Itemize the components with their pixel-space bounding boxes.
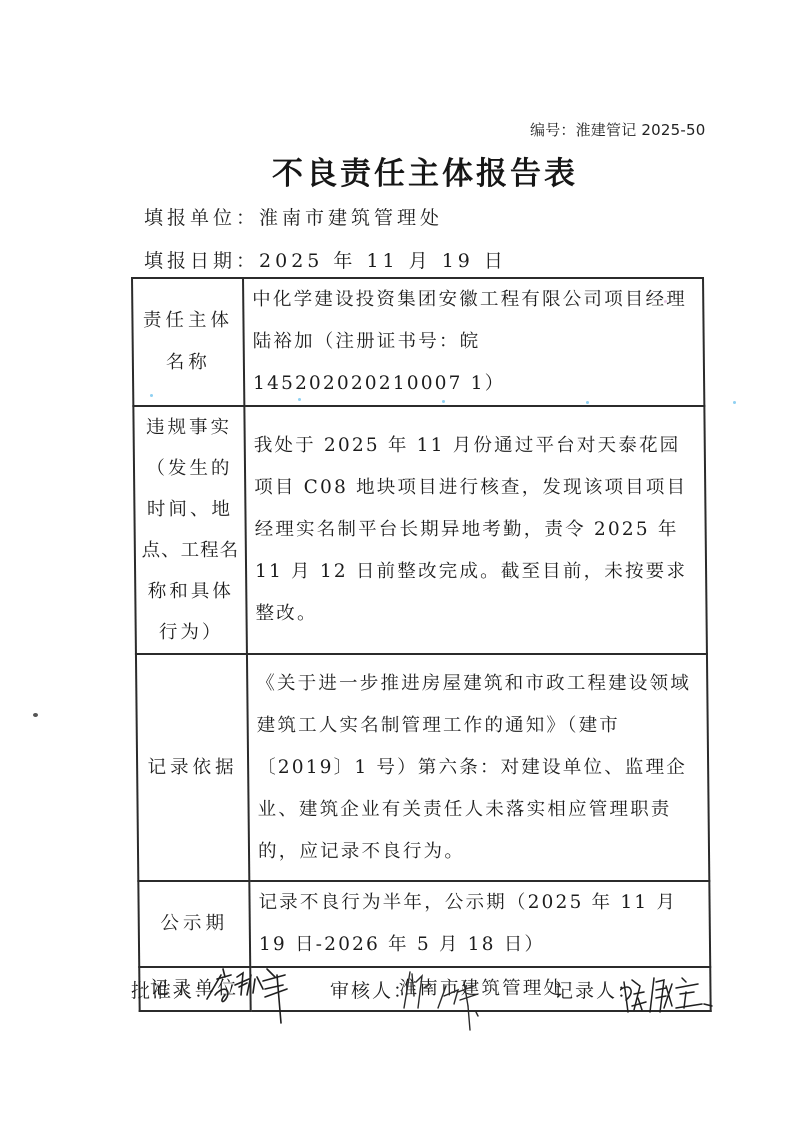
label-line: 名称	[134, 342, 243, 384]
label-line: 记录依据	[138, 747, 247, 789]
scan-speck	[664, 300, 667, 303]
document-title: 不良责任主体报告表	[0, 148, 793, 193]
label-line: 行为）	[137, 612, 246, 653]
scan-speck	[586, 401, 589, 404]
reporting-date-label: 填报日期：	[144, 250, 259, 272]
label-violation-facts: 违规事实 （发生的 时间、地 点、工程名 称和具体 行为）	[133, 406, 247, 654]
label-publicity-period: 公示期	[138, 881, 250, 967]
responsible-party-value: 中化学建设投资集团安徽工程有限公司项目经理陆裕加（注册证书号：皖 1452020…	[243, 278, 704, 406]
report-table: 责任主体 名称 中化学建设投资集团安徽工程有限公司项目经理陆裕加（注册证书号：皖…	[131, 277, 712, 1012]
approver-label: 批准人：	[131, 976, 215, 1003]
table-row-violation-facts: 违规事实 （发生的 时间、地 点、工程名 称和具体 行为） 我处于 2025 年…	[133, 406, 707, 654]
scan-speck	[298, 398, 301, 401]
label-line: 点、工程名	[136, 530, 245, 571]
document-number: 编号：淮建管记 2025-50	[530, 119, 705, 140]
label-line: 公示期	[140, 903, 249, 945]
approver-signature-icon	[205, 965, 300, 1025]
label-line: 责任主体	[133, 300, 242, 342]
record-basis-value: 《关于进一步推进房屋建筑和市政工程建设领域建筑工人实名制管理工作的通知》（建市〔…	[247, 654, 709, 881]
table-row-record-basis: 记录依据 《关于进一步推进房屋建筑和市政工程建设领域建筑工人实名制管理工作的通知…	[136, 654, 709, 881]
scan-speck	[150, 394, 153, 397]
reporting-date-value: 2025 年 11 月 19 日	[259, 250, 507, 272]
violation-facts-value: 我处于 2025 年 11 月份通过平台对天泰花园项目 C08 地块项目进行核查…	[244, 406, 707, 654]
label-record-basis: 记录依据	[136, 654, 249, 881]
reporting-date-line: 填报日期：2025 年 11 月 19 日	[144, 246, 507, 273]
scan-speck	[442, 400, 445, 403]
label-line: （发生的	[135, 448, 244, 489]
reviewer-signature-icon	[402, 968, 512, 1033]
label-line: 时间、地	[135, 489, 244, 530]
recorder-signature-icon	[620, 972, 720, 1022]
publicity-period-value: 记录不良行为半年，公示期（2025 年 11 月 19 日-2026 年 5 月…	[249, 881, 710, 967]
reporting-unit-line: 填报单位：淮南市建筑管理处	[144, 203, 443, 230]
table-row-responsible-party: 责任主体 名称 中化学建设投资集团安徽工程有限公司项目经理陆裕加（注册证书号：皖…	[132, 278, 704, 406]
reporting-unit-label: 填报单位：	[144, 207, 259, 229]
reporting-unit-value: 淮南市建筑管理处	[259, 207, 443, 229]
label-responsible-party: 责任主体 名称	[132, 278, 244, 406]
scan-speck	[33, 713, 38, 717]
label-line: 违规事实	[134, 407, 243, 448]
table-row-publicity-period: 公示期 记录不良行为半年，公示期（2025 年 11 月 19 日-2026 年…	[138, 881, 710, 967]
label-line: 称和具体	[136, 571, 245, 612]
scan-speck	[733, 401, 736, 404]
